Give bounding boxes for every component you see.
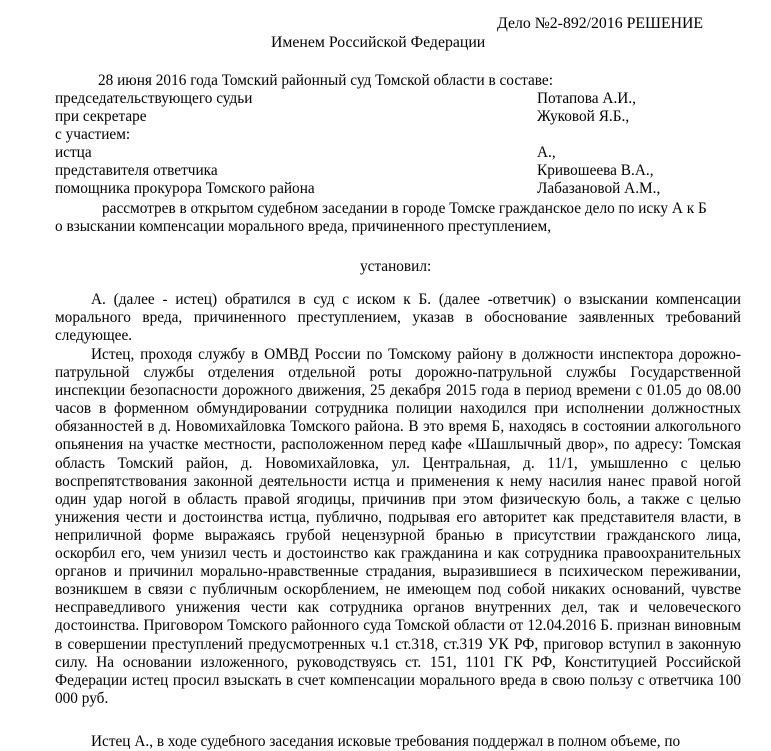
party-role: с участием: xyxy=(55,126,130,144)
party-row: представителя ответчика Кривошеева В.А., xyxy=(55,162,675,180)
case-consideration-text: рассмотрев в открытом судебном заседании… xyxy=(55,200,745,236)
consideration-line-1: рассмотрев в открытом судебном заседании… xyxy=(55,200,745,218)
party-person: Жуковой Я.Б., xyxy=(537,108,629,126)
party-row: с участием: xyxy=(55,126,675,144)
established-heading: установил: xyxy=(360,258,431,276)
party-row: при секретаре Жуковой Я.Б., xyxy=(55,108,675,126)
party-row: истца А., xyxy=(55,144,675,162)
party-row: председательствующего судьи Потапова А.И… xyxy=(55,90,675,108)
party-person: Кривошеева В.А., xyxy=(537,162,654,180)
party-person: Лабазановой А.М., xyxy=(537,180,660,198)
party-person: А., xyxy=(537,144,556,162)
party-role: председательствующего судьи xyxy=(55,90,252,108)
paragraph-claim: А. (далее - истец) обратился в суд с иск… xyxy=(55,291,741,345)
party-role: представителя ответчика xyxy=(55,162,218,180)
party-role: истца xyxy=(55,144,92,162)
consideration-line-2: о взыскании компенсации морального вреда… xyxy=(55,218,745,236)
case-number-title: Дело №2-892/2016 РЕШЕНИЕ xyxy=(497,15,703,33)
paragraph-plaintiff-position: Истец А., в ходе судебного заседания иск… xyxy=(55,733,741,751)
in-the-name-heading: Именем Российской Федерации xyxy=(271,34,485,52)
paragraph-circumstances: Истец, проходя службу в ОМВД России по Т… xyxy=(55,346,741,708)
party-role: при секретаре xyxy=(55,108,147,126)
party-person: Потапова А.И., xyxy=(537,90,636,108)
court-composition-intro: 28 июня 2016 года Томский районный суд Т… xyxy=(98,72,553,90)
party-role: помощника прокурора Томского района xyxy=(55,180,315,198)
party-row: помощника прокурора Томского района Лаба… xyxy=(55,180,675,198)
